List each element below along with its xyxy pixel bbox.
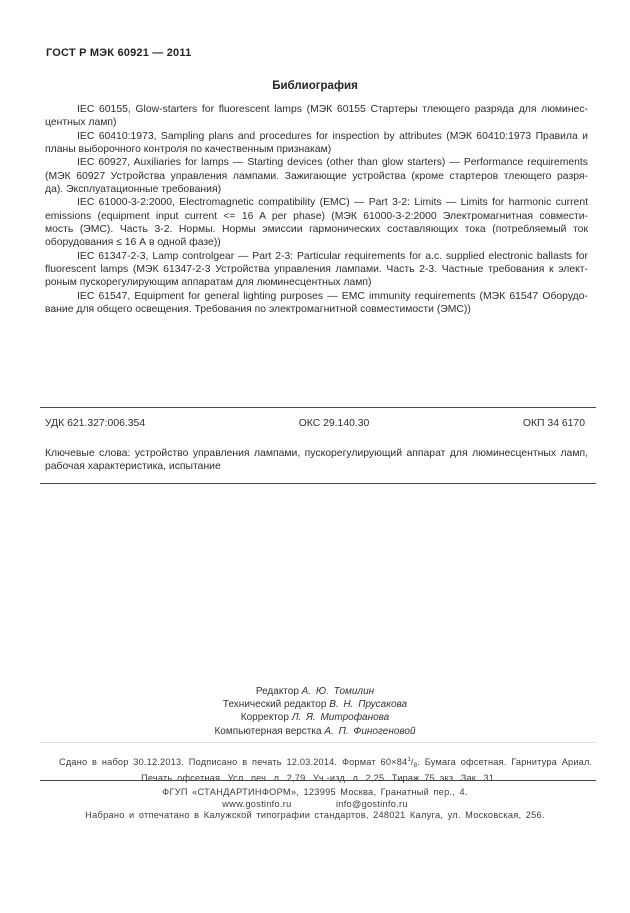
credit-name: В. Н. Прусакова — [329, 699, 407, 710]
text-line: центных ламп) — [45, 116, 588, 129]
credit-line: Компьютерная верстка А. П. Финогеновой — [0, 725, 630, 738]
publisher-contacts: www.gostinfo.ru info@gostinfo.ru — [0, 799, 630, 811]
credit-name: А. П. Финогеновой — [324, 726, 415, 737]
text-line: fluorescent lamps (МЭК 61347-2-3 Устройс… — [45, 263, 588, 276]
text-line: оборудования ≤ 16 А в одной фазе)) — [45, 236, 588, 249]
text-line: вание для общего освещения. Требования п… — [45, 303, 588, 316]
bibliography-entry: IEC 60155, Glow-starters for fluorescent… — [45, 103, 588, 130]
credit-role: Технический редактор — [223, 699, 326, 710]
horizontal-rule — [40, 483, 596, 484]
text-line: IEC 60155, Glow-starters for fluorescent… — [45, 103, 588, 116]
text-line: мость (ЭМС). Часть 3-2. Нормы. Нормы эми… — [45, 223, 588, 236]
horizontal-rule — [40, 742, 596, 743]
text-line: emissions (equipment input current <= 16… — [45, 210, 588, 223]
publisher-block: ФГУП «СТАНДАРТИНФОРМ», 123995 Москва, Гр… — [0, 787, 630, 822]
udk-code: УДК 621.327:006.354 — [45, 418, 145, 429]
document-page: ГОСТ Р МЭК 60921 — 2011 Библиография IEC… — [0, 0, 630, 913]
okp-code: ОКП 34 6170 — [523, 418, 585, 429]
text-line: IEC 60927, Auxiliaries for lamps — Start… — [45, 156, 588, 169]
text-line: Ключевые слова: устройство управления ла… — [45, 447, 588, 460]
imprint-text: . Бумага офсетная. Гарнитура Ариал. — [417, 757, 592, 767]
imprint-line: Печать офсетная. Усл. печ. л. 2,79. Уч.-… — [59, 772, 579, 785]
classification-codes: УДК 621.327:006.354 ОКС 29.140.30 ОКП 34… — [45, 418, 585, 429]
bibliography-list: IEC 60155, Glow-starters for fluorescent… — [45, 103, 588, 317]
credit-name: А. Ю. Томилин — [302, 686, 374, 697]
imprint-text: Сдано в набор 30.12.2013. Подписано в пе… — [59, 757, 407, 767]
credit-name: Л. Я. Митрофанова — [292, 712, 390, 723]
publisher-address: ФГУП «СТАНДАРТИНФОРМ», 123995 Москва, Гр… — [0, 787, 630, 799]
text-line: рабочая характеристика, испытание — [45, 460, 588, 473]
credit-role: Компьютерная верстка — [214, 726, 321, 737]
publisher-email: info@gostinfo.ru — [336, 799, 408, 811]
bibliography-entry: IEC 61347-2-3, Lamp controlgear — Part 2… — [45, 250, 588, 290]
text-line: да). Эксплуатационные требования) — [45, 183, 588, 196]
bibliography-entry: IEC 61547, Equipment for general lightin… — [45, 290, 588, 317]
credit-role: Редактор — [256, 686, 299, 697]
text-line: IEC 61547, Equipment for general lightin… — [45, 290, 588, 303]
text-line: планы выборочного контроля по качественн… — [45, 143, 588, 156]
text-line: роным пускорегулирующим аппаратам для лю… — [45, 276, 588, 289]
text-line: IEC 60410:1973, Sampling plans and proce… — [45, 130, 588, 143]
bibliography-entry: IEC 60927, Auxiliaries for lamps — Start… — [45, 156, 588, 196]
document-number: ГОСТ Р МЭК 60921 — 2011 — [46, 47, 191, 59]
text-line: IEC 61000-3-2:2000, Electromagnetic comp… — [45, 196, 588, 209]
publisher-website: www.gostinfo.ru — [222, 799, 291, 811]
keywords-paragraph: Ключевые слова: устройство управления ла… — [45, 447, 588, 474]
bibliography-entry: IEC 61000-3-2:2000, Electromagnetic comp… — [45, 196, 588, 249]
credit-line: Редактор А. Ю. Томилин — [0, 685, 630, 698]
horizontal-rule — [40, 407, 596, 408]
credit-line: Технический редактор В. Н. Прусакова — [0, 698, 630, 711]
text-line: (МЭК 60927 Устройства управления лампами… — [45, 170, 588, 183]
credit-role: Корректор — [241, 712, 289, 723]
credit-line: Корректор Л. Я. Митрофанова — [0, 711, 630, 724]
section-title: Библиография — [0, 80, 630, 92]
text-line: IEC 61347-2-3, Lamp controlgear — Part 2… — [45, 250, 588, 263]
printer-address: Набрано и отпечатано в Калужской типогра… — [0, 810, 630, 822]
horizontal-rule — [40, 780, 596, 781]
credits-block: Редактор А. Ю. Томилин Технический редак… — [0, 685, 630, 738]
imprint-line: Сдано в набор 30.12.2013. Подписано в пе… — [59, 753, 579, 772]
oks-code: ОКС 29.140.30 — [299, 418, 370, 429]
bibliography-entry: IEC 60410:1973, Sampling plans and proce… — [45, 130, 588, 157]
